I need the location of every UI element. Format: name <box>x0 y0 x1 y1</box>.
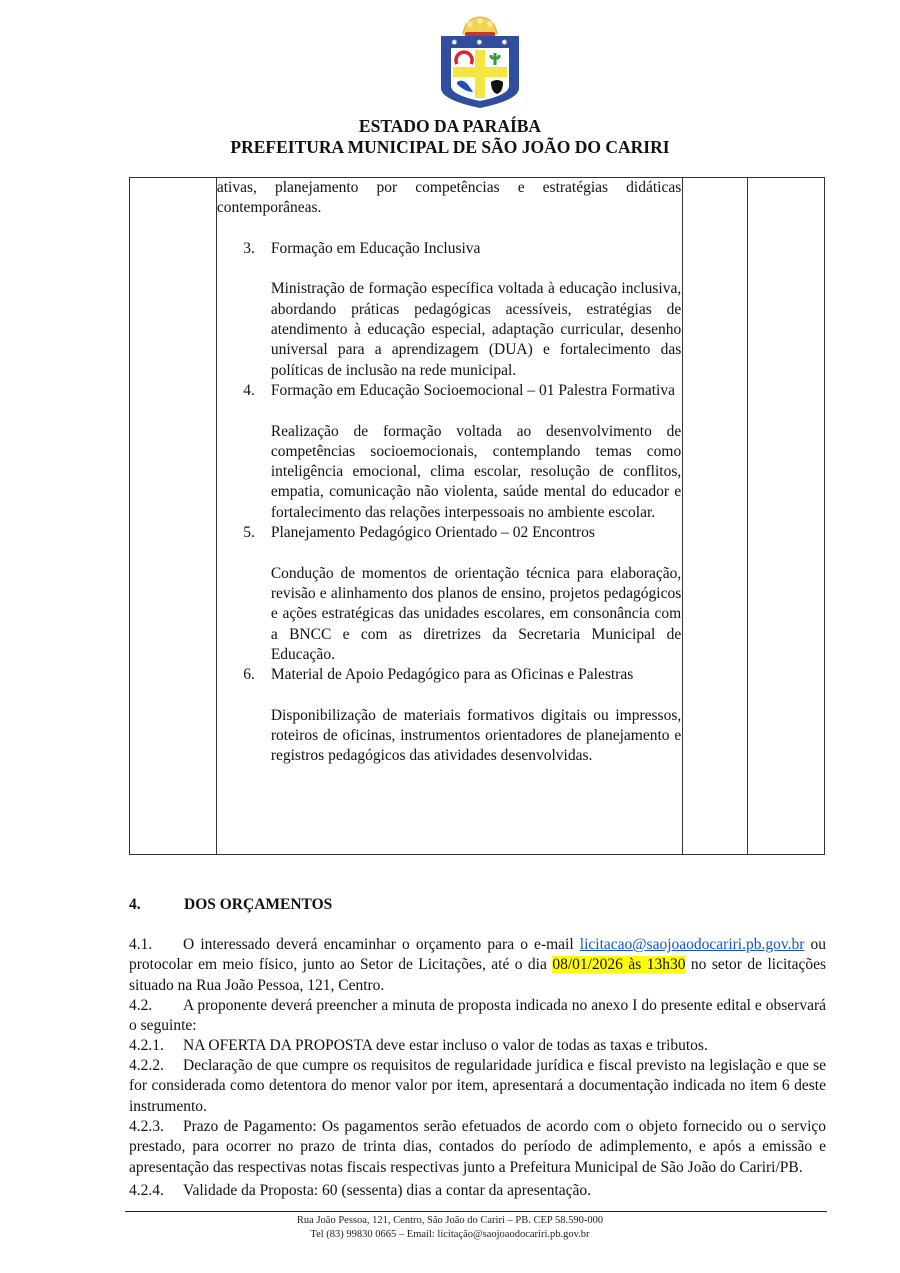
clause-4-2-4: 4.2.4.Validade da Proposta: 60 (sessenta… <box>129 1181 826 1201</box>
table-cell-quantity <box>748 178 825 855</box>
continuation-text-end: contemporâneas. <box>217 198 681 218</box>
footer-contact: Tel (83) 99830 0665 – Email: licitação@s… <box>0 1228 900 1242</box>
deadline-highlight: 08/01/2026 às 13h30 <box>552 956 685 973</box>
items-table: ativas, planejamento por competências e … <box>129 177 825 855</box>
item-description: Ministração de formação específica volta… <box>217 279 681 380</box>
item-description: Disponibilização de materiais formativos… <box>217 706 681 767</box>
table-row: ativas, planejamento por competências e … <box>130 178 825 855</box>
item-title: Formação em Educação Inclusiva <box>271 239 681 259</box>
item-title: Planejamento Pedagógico Orientado – 02 E… <box>271 523 681 543</box>
state-title: ESTADO DA PARAÍBA <box>0 116 900 137</box>
svg-text:✸: ✸ <box>476 38 483 47</box>
item-description: Condução de momentos de orientação técni… <box>217 564 681 665</box>
coat-of-arms-logo: ✸ ✸ ✸ <box>437 12 523 110</box>
table-cell-description: ativas, planejamento por competências e … <box>216 178 682 855</box>
footer-address: Rua João Pessoa, 121, Centro, São João d… <box>0 1214 900 1228</box>
item-title: Formação em Educação Socioemocional – 01… <box>271 381 681 401</box>
clause-4-2-3: 4.2.3.Prazo de Pagamento: Os pagamentos … <box>129 1117 826 1178</box>
section-heading: 4. DOS ORÇAMENTOS <box>129 895 827 915</box>
continuation-text: ativas, planejamento por competências e … <box>217 178 681 198</box>
clause-4-2: 4.2.A proponente deverá preencher a minu… <box>129 996 826 1037</box>
list-item: 6. Material de Apoio Pedagógico para as … <box>217 665 681 685</box>
email-link[interactable]: licitacao@saojoaodocariri.pb.gov.br <box>580 936 805 953</box>
clause-4-2-1: 4.2.1.NA OFERTA DA PROPOSTA deve estar i… <box>129 1036 826 1056</box>
clause-4-2-2: 4.2.2.Declaração de que cumpre os requis… <box>129 1056 826 1117</box>
item-description: Realização de formação voltada ao desenv… <box>217 422 681 523</box>
footer-divider <box>125 1211 827 1212</box>
list-item: 4. Formação em Educação Socioemocional –… <box>217 381 681 401</box>
clause-4-1: 4.1.O interessado deverá encaminhar o or… <box>129 935 826 996</box>
list-item: 5. Planejamento Pedagógico Orientado – 0… <box>217 523 681 543</box>
svg-text:✸: ✸ <box>501 38 508 47</box>
table-cell-item <box>130 178 217 855</box>
list-item: 3. Formação em Educação Inclusiva <box>217 239 681 259</box>
municipality-title: PREFEITURA MUNICIPAL DE SÃO JOÃO DO CARI… <box>0 137 900 158</box>
table-cell-unit <box>683 178 748 855</box>
svg-text:✸: ✸ <box>451 38 458 47</box>
item-title: Material de Apoio Pedagógico para as Ofi… <box>271 665 681 685</box>
